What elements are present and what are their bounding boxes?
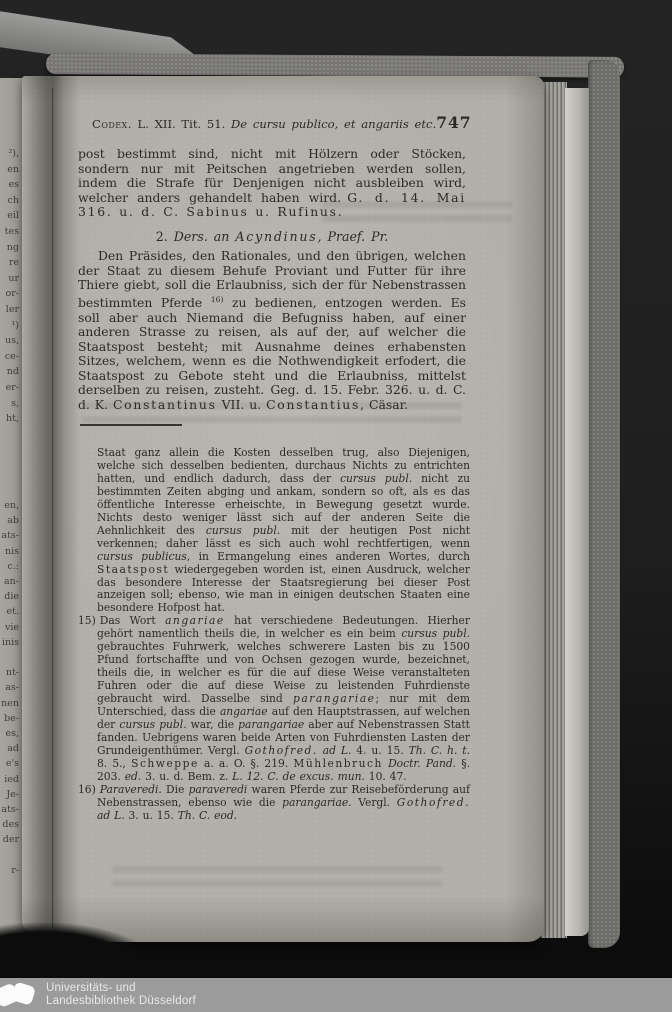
footnote-16-text: Paraveredi. Die paraveredi waren Pferde … xyxy=(97,783,470,822)
book-scan-photo: ²), en es ch eil tes ng re ur or- ler ¹)… xyxy=(0,0,672,1012)
margin-fragments-top: ²), en es ch eil tes ng re ur or- ler ¹)… xyxy=(0,146,19,427)
book-cover-top-edge xyxy=(46,53,624,78)
paragraph-continuation: post bestimmt sind, nicht mit Hölzern od… xyxy=(78,147,466,220)
library-name: Universitäts- und Landesbibliothek Düsse… xyxy=(46,982,196,1009)
library-name-line2: Landesbibliothek Düsseldorf xyxy=(46,995,196,1009)
footnote-16-label: 16) xyxy=(78,783,100,796)
footnote-15: 15)Das Wort angariae hat verschiedene Be… xyxy=(78,615,470,783)
book-cover-right-edge xyxy=(588,60,620,948)
running-header: Codex. L. XII. Tit. 51. De cursu publico… xyxy=(78,113,470,132)
book-page: Codex. L. XII. Tit. 51. De cursu publico… xyxy=(22,76,544,942)
page-number: 747 xyxy=(436,113,471,132)
paragraph-2: Den Präsides, den Rationales, und den üb… xyxy=(78,249,466,413)
footnotes-block: Staat ganz allein die Kosten desselben t… xyxy=(78,447,470,823)
footnote-15-label: 15) xyxy=(78,614,100,627)
footnote-rule xyxy=(80,424,182,426)
library-name-line1: Universitäts- und xyxy=(46,982,196,996)
bleedthrough-ghost xyxy=(112,866,442,888)
page-bottom-shadow xyxy=(0,905,240,965)
footnote-continuation: Staat ganz allein die Kosten desselben t… xyxy=(78,447,470,615)
footnote-16: 16)Paraveredi. Die paraveredi waren Pfer… xyxy=(78,784,470,823)
page-fore-edge-light xyxy=(565,88,589,936)
margin-fragments-bottom: en, ab ats- nis c.: an- die et. vie inis… xyxy=(0,498,19,878)
footnote-15-text: Das Wort angariae hat verschiedene Bedeu… xyxy=(97,614,470,782)
library-footer-bar: Universitäts- und Landesbibliothek Düsse… xyxy=(0,978,672,1012)
running-header-title: Codex. L. XII. Tit. 51. De cursu publico… xyxy=(92,117,436,131)
page-fore-edge-stripes xyxy=(541,82,567,938)
section-heading: 2. Ders. an Acyndinus, Praef. Pr. xyxy=(78,229,466,244)
library-logo-icon xyxy=(0,976,39,1012)
